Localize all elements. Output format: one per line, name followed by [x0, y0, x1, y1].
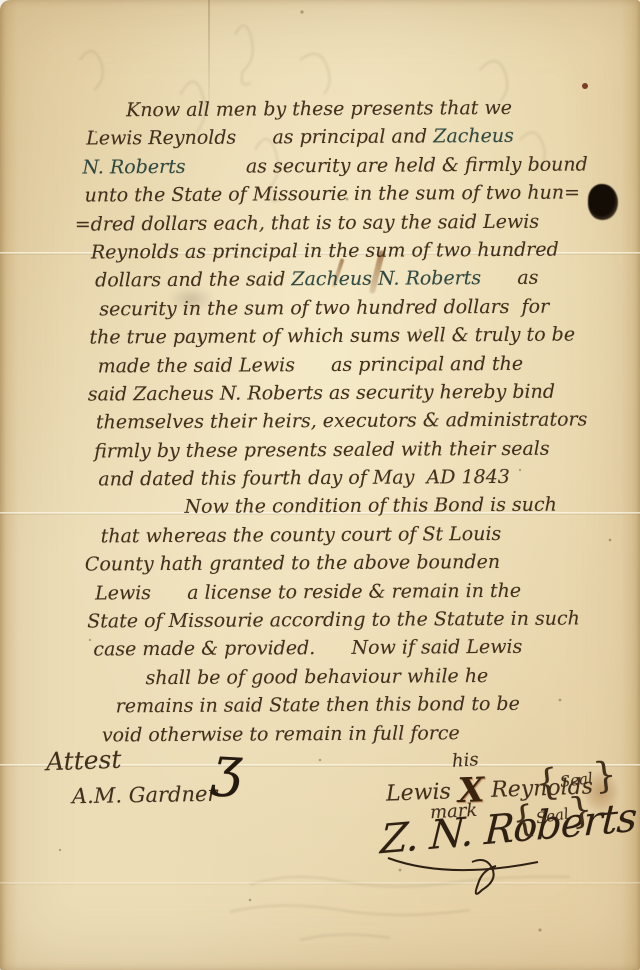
- handwritten-segment: N. Roberts: [82, 156, 185, 179]
- his-label: his: [451, 749, 479, 772]
- handwritten-segment: made the said Lewis as principal and the: [98, 352, 524, 377]
- seal-word: Seal: [559, 769, 594, 791]
- text-line: Now the condition of this Bond is such: [184, 491, 576, 522]
- text-line: Lewis Reynolds as principal and Zacheus: [86, 122, 574, 153]
- text-line: State of Missourie according to the Stat…: [87, 605, 577, 636]
- text-line: Know all men by these presents that we: [126, 94, 574, 125]
- handwritten-segment: unto the State of Missourie in the sum o…: [85, 182, 581, 207]
- witness-signature: A.M. Gardner: [72, 782, 218, 809]
- seal-brace-open: {: [510, 803, 538, 839]
- text-line: void otherwise to remain in full force: [102, 718, 578, 749]
- handwritten-segment: firmly by these presents sealed with the…: [94, 437, 550, 462]
- handwritten-segment: as: [481, 267, 538, 289]
- document-page: Know all men by these presents that we L…: [0, 0, 640, 970]
- handwritten-segment: Lewis Reynolds as principal and: [86, 126, 433, 150]
- text-line: Reynolds as principal in the sum of two …: [91, 235, 575, 266]
- text-line: =dred dollars each, that is to say the s…: [75, 207, 575, 238]
- text-line: N. Roberts as security are held & firmly…: [82, 150, 574, 181]
- text-line: firmly by these presents sealed with the…: [94, 434, 576, 465]
- text-line: shall be of good behaviour while he: [145, 661, 577, 692]
- handwritten-segment: County hath granted to the above bounden: [85, 551, 500, 576]
- text-line: remains in said State then this bond to …: [116, 690, 578, 721]
- red-ink-dot: [582, 83, 588, 89]
- handwritten-segment: said Zacheus N. Roberts as security here…: [88, 381, 555, 406]
- text-line: that whereas the county court of St Loui…: [101, 519, 577, 550]
- handwritten-segment: as security are held & firmly bound: [185, 153, 587, 177]
- handwritten-segment: remains in said State then this bond to …: [116, 693, 520, 717]
- text-line: said Zacheus N. Roberts as security here…: [88, 377, 576, 408]
- handwritten-segment: themselves their heirs, executors & admi…: [96, 409, 587, 434]
- seal-word: Seal: [535, 805, 570, 828]
- seal-brace-open: {: [534, 766, 561, 801]
- text-line: Lewis a license to reside & remain in th…: [95, 576, 577, 607]
- handwritten-segment: Now the condition of this Bond is such: [184, 494, 556, 518]
- text-line: dollars and the said Zacheus N. Roberts …: [95, 264, 575, 295]
- seal-brace-close: }: [592, 759, 619, 794]
- attest-label: Attest: [46, 745, 122, 777]
- handwritten-segment: Zacheus: [433, 125, 514, 147]
- handwritten-segment: Reynolds as principal in the sum of two …: [91, 239, 559, 264]
- handwritten-segment: Know all men by these presents that we: [126, 97, 512, 121]
- text-line: and dated this fourth day of May AD 1843: [98, 463, 576, 494]
- pen-flourish: ʒ: [211, 739, 244, 795]
- handwritten-segment: Lewis a license to reside & remain in th…: [95, 579, 521, 604]
- handwritten-segment: dollars and the said: [95, 269, 291, 292]
- ink-blot: [588, 184, 618, 220]
- text-line: themselves their heirs, executors & admi…: [96, 406, 576, 437]
- handwritten-segment: and dated this fourth day of May AD 1843: [98, 466, 510, 491]
- handwritten-segment: shall be of good behaviour while he: [145, 665, 488, 689]
- text-line: unto the State of Missourie in the sum o…: [85, 179, 575, 210]
- text-line: case made & provided. Now if said Lewis: [93, 633, 577, 664]
- text-line: County hath granted to the above bounden: [85, 548, 577, 579]
- text-line: made the said Lewis as principal and the: [98, 349, 576, 380]
- document-body: Know all men by these presents that we L…: [82, 94, 578, 750]
- text-line: security in the sum of two hundred dolla…: [99, 292, 575, 323]
- seal-brace-close: }: [567, 794, 595, 830]
- handwritten-segment: that whereas the county court of St Loui…: [101, 523, 502, 547]
- handwritten-segment: case made & provided. Now if said Lewis: [93, 636, 522, 661]
- text-line: the true payment of which sums well & tr…: [89, 321, 575, 352]
- handwritten-segment: security in the sum of two hundred dolla…: [99, 295, 549, 320]
- handwritten-segment: void otherwise to remain in full force: [102, 722, 460, 746]
- handwritten-segment: the true payment of which sums well & tr…: [89, 324, 575, 349]
- handwritten-segment: =dred dollars each, that is to say the s…: [75, 210, 539, 235]
- handwritten-segment: State of Missourie according to the Stat…: [87, 608, 580, 633]
- handwritten-segment: Zacheus N. Roberts: [291, 267, 481, 290]
